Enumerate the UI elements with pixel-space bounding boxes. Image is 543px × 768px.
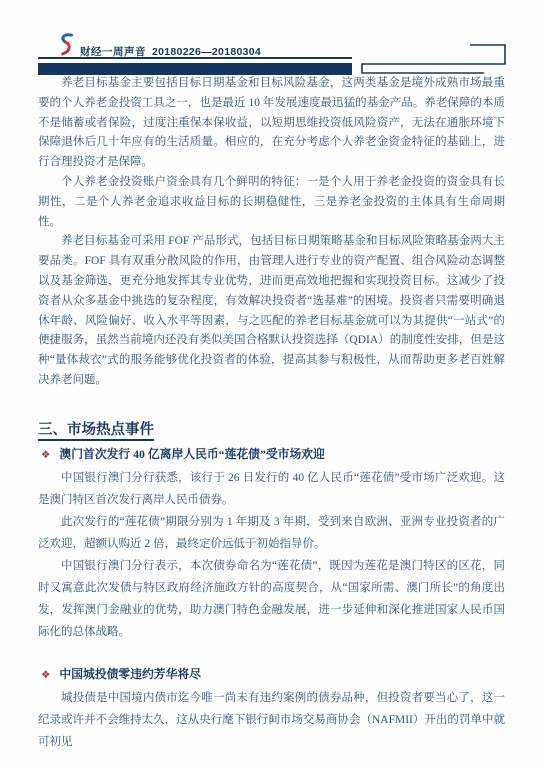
body-paragraph: 此次发行的“莲花债”期限分别为 1 年期及 3 年期，受到来自欧洲、亚洲专业投资…	[38, 511, 505, 555]
diamond-bullet-icon: ❖	[41, 667, 50, 683]
section-heading: 三、市场热点事件	[38, 418, 505, 439]
section-heading-text: 三、市场热点事件	[38, 422, 154, 441]
page-footer: 6	[0, 714, 543, 725]
bullet-item-title: 澳门首次发行 40 亿离岸人民币“莲花债”受市场欢迎	[59, 446, 324, 462]
bullet-item-title: 中国城投债零违约芳华将尽	[59, 666, 201, 682]
intro-paragraph: 养老目标基金可采用 FOF 产品形式，包括目标日期策略基金和目标风险策略基金两大…	[38, 232, 505, 390]
bullet-item-macau-lotus-bond: ❖ 澳门首次发行 40 亿离岸人民币“莲花债”受市场欢迎	[38, 446, 505, 463]
intro-paragraph: 个人养老金投资账户资金具有几个鲜明的特征：一是个人用于养老金投资的资金具有长期性…	[38, 173, 505, 232]
page-number: 6	[269, 714, 274, 725]
document-body: 养老目标基金主要包括目标日期基金和目标风险基金，这两类基金是境外成熟市场最重要的…	[38, 74, 505, 753]
body-paragraph: 中国银行澳门分行获悉，该行于 26 日发行的 40 亿人民币“莲花债”受市场广泛…	[38, 467, 505, 511]
document-page: 财经一周声音20180226—20180304 养老目标基金主要包括目标日期基金…	[0, 0, 543, 768]
brand-logo-icon	[56, 32, 78, 56]
intro-paragraph: 养老目标基金主要包括目标日期基金和目标风险基金，这两类基金是境外成熟市场最重要的…	[38, 74, 505, 173]
bullet-item-chengtou-bond: ❖ 中国城投债零违约芳华将尽	[38, 666, 505, 683]
body-paragraph: 中国银行澳门分行表示，本次债券命名为“莲花债”，既因为莲花是澳门特区的区花，同时…	[38, 555, 505, 643]
diamond-bullet-icon: ❖	[41, 447, 50, 463]
bullet-item-body: 中国银行澳门分行获悉，该行于 26 日发行的 40 亿人民币“莲花债”受市场广泛…	[38, 467, 505, 643]
header-rule	[38, 57, 352, 59]
